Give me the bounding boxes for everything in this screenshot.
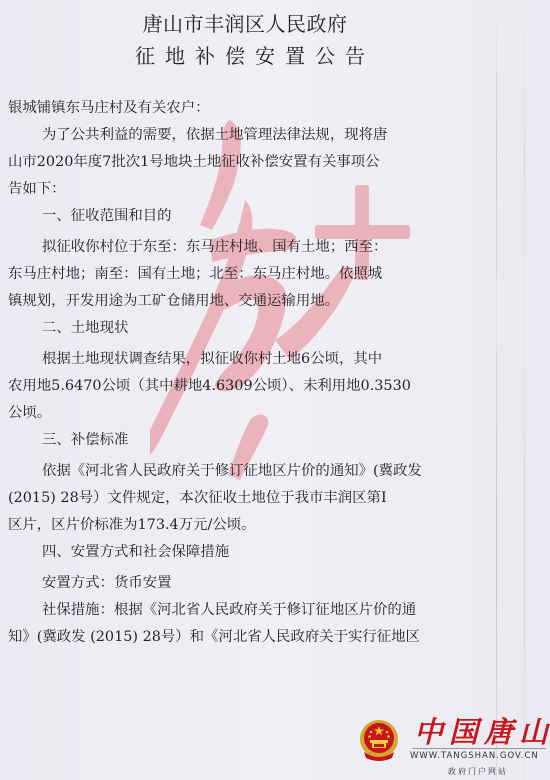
site-url[interactable]: WWW.TANGSHAN.GOV.CN	[410, 751, 539, 761]
paragraph-line: 根据土地现状调查结果，拟征收你村土地6公顷，其中	[8, 346, 438, 373]
paragraph-line: 社保措施：根据《河北省人民政府关于修订征地区片价的通	[8, 597, 438, 624]
paragraph-line: 山市2020年度7批次1号地块土地征收补偿安置有关事项公	[8, 149, 438, 176]
document-body: 银城铺镇东马庄村及有关农户： 为了公共利益的需要，依据土地管理法律法规，现将唐 …	[8, 95, 438, 651]
paragraph-line: (2015) 28号）文件规定，本次征收土地位于我市丰润区第Ⅰ	[8, 485, 438, 512]
paragraph-line: 农用地5.6470公顷（其中耕地4.6309公顷）、未利用地0.3530	[8, 373, 438, 400]
paragraph-line: 告如下：	[8, 176, 438, 203]
document-title-line-2: 征地补偿安置公告	[0, 40, 530, 69]
scan-fold-line	[496, 0, 497, 780]
tangshan-portal-logo[interactable]: 中国唐山 WWW.TANGSHAN.GOV.CN 政府门户网站	[356, 710, 550, 780]
paragraph-line: 知》(冀政发 (2015) 28号）和《河北省人民政府关于实行征地区	[8, 624, 438, 651]
paragraph-line: 区片，区片价标准为173.4万元/公顷。	[8, 512, 438, 539]
logo-divider	[412, 748, 546, 749]
paragraph-line: 镇规划，开发用途为工矿仓储用地、交通运输用地。	[8, 288, 438, 315]
paragraph-line: 东马庄村地；南至：国有土地；北至：东马庄村地。依照城	[8, 261, 438, 288]
section-heading-2: 二、土地现状	[8, 315, 438, 346]
document-title-line-1: 唐山市丰润区人民政府	[0, 8, 520, 37]
site-name: 中国唐山	[414, 710, 550, 751]
paragraph-line: 依据《河北省人民政府关于修订征地区片价的通知》(冀政发	[8, 458, 438, 485]
paragraph-line: 公顷。	[8, 400, 438, 427]
section-heading-4: 四、安置方式和社会保障措施	[8, 539, 438, 570]
scan-fold-line	[524, 0, 525, 780]
paragraph-line: 安置方式：货币安置	[8, 570, 438, 597]
section-heading-3: 三、补偿标准	[8, 427, 438, 458]
scanned-document-page: 唐山市丰润区人民政府 征地补偿安置公告 银城铺镇东马庄村及有关农户： 为了公共利…	[0, 0, 550, 780]
section-heading-1: 一、征收范围和目的	[8, 203, 438, 234]
addressee: 银城铺镇东马庄村及有关农户：	[8, 95, 438, 122]
paragraph-line: 拟征收你村位于东至：东马庄村地、国有土地；西至：	[8, 234, 438, 261]
national-emblem-icon	[356, 718, 402, 764]
paragraph-line: 为了公共利益的需要，依据土地管理法律法规，现将唐	[8, 122, 438, 149]
site-subtitle: 政府门户网站	[448, 766, 508, 777]
